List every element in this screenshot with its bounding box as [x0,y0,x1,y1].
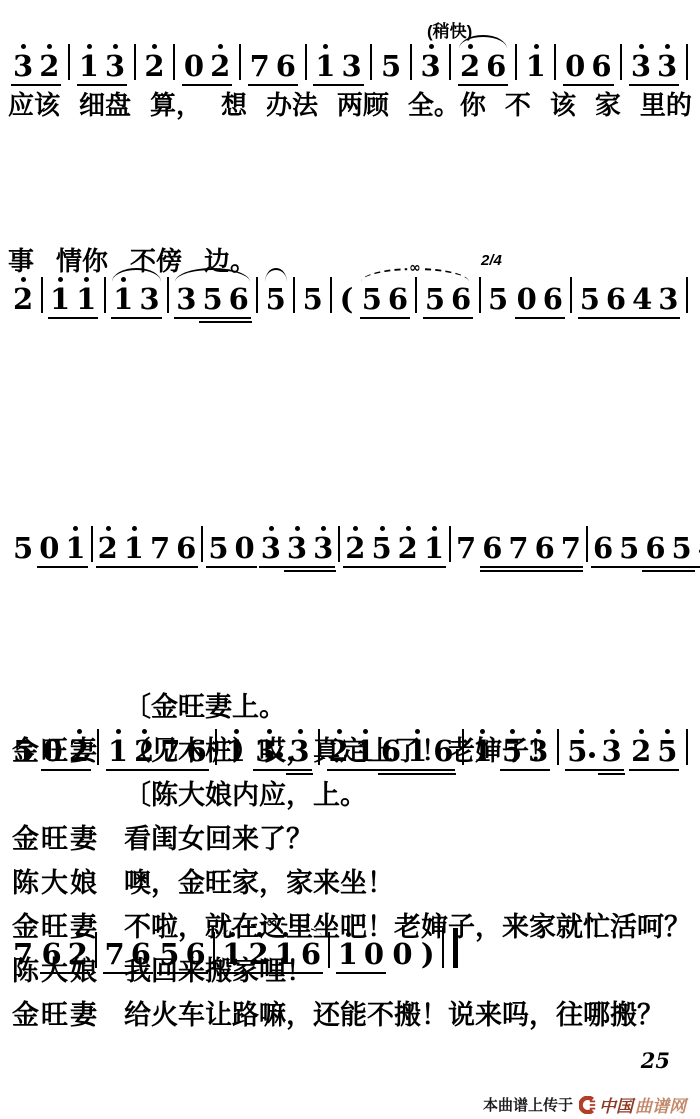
note: 5 [368,534,394,563]
note-group: 56 [422,285,474,314]
stage-direction-row: 〔陈大娘内应，上。 [0,778,700,813]
note-group: 2521 [342,534,447,563]
note: 5 [199,285,225,314]
dialogue-row: 金旺妻看闺女回来了？ [0,822,700,857]
note-group: 06 [514,285,566,314]
dialogue-row: 金旺妻给火车让路嘛，还能不搬！说来吗，往哪搬？ [0,998,700,1033]
note: 3 [417,52,443,81]
dialogue-text: 噢，金旺家，家来坐！ [112,866,394,901]
note: ( [337,285,357,314]
barline [515,44,517,80]
note: 3 [284,534,310,563]
dialogue-row: 金旺妻不啦，就在这里坐吧！老婶子，来家就忙活呵？ [0,910,700,945]
note-group: 356 [173,285,252,314]
note: 3 [10,52,36,81]
note: 5 [616,534,642,563]
barline [134,44,136,80]
barline [554,44,556,80]
barline [330,277,332,313]
note: 1 [121,534,147,563]
note: 1 [73,285,99,314]
site-name-rest: 曲谱网 [635,1092,686,1117]
note: 2 [10,285,36,314]
dialogue-text: 我回来搬家哩！ [112,954,313,989]
note: 1 [76,52,102,81]
note-group: 6767 [479,534,584,563]
barline [338,526,340,562]
note-group: 32 [10,52,62,81]
barline [293,277,295,313]
note: 2 [141,52,167,81]
page-number: 25 [641,1048,670,1073]
dialogue-row: 陈大娘噢，金旺家，家来坐！ [0,866,700,901]
barline [686,44,688,80]
lyric-syllable: 边。 [204,246,256,277]
note: 5 [422,285,448,314]
lyric-syllable: 该 [550,90,576,121]
note: 5 [577,285,603,314]
lyric-syllable: 两顾 [337,90,389,121]
note: 3 [654,52,680,81]
note: 4 [695,534,700,563]
note: 3 [258,534,284,563]
barline [91,526,93,562]
dialogue: 〔金旺妻上。金旺妻（见木桩）哎，真定上了！老婶子！〔陈大娘内应，上。金旺妻看闺女… [0,690,700,1042]
tempo-marking: (稍快) [427,17,472,42]
note-group: 76 [247,52,299,81]
note-group: 7 [453,534,479,563]
note: 7 [558,534,584,563]
note-group: 2/45 [485,285,511,314]
note: 6 [273,52,299,81]
note-group: 2 [141,52,167,81]
dialogue-text: （见木桩）哎，真定上了！老婶子！ [112,734,556,769]
note: 3 [310,534,336,563]
note: 0 [232,534,258,563]
barline [620,44,622,80]
note: 0 [36,534,62,563]
note-group: 13 [76,52,128,81]
quputwang-logo-icon [579,1096,597,1114]
speaker-label: 陈大娘 [0,866,112,901]
note-group: 01 [36,534,88,563]
lyric-syllable: 情你 [56,246,108,277]
note: 5 [485,285,511,314]
note-group: 33 [628,52,680,81]
note: 5 [300,285,326,314]
note: 6 [590,534,616,563]
lyric-syllable: 不傍 [130,246,182,277]
note: 7 [505,534,531,563]
note-group: 5 [10,534,36,563]
barline [370,44,372,80]
barline [41,277,43,313]
note-group: 06 [562,52,614,81]
note: 6 [226,285,252,314]
speaker-label: 陈大娘 [0,954,112,989]
speaker-label: 金旺妻 [0,734,112,769]
note: 3 [136,285,162,314]
note-group: 5 [378,52,404,81]
note-group: 5643 [577,285,682,314]
note: 6 [173,534,199,563]
note: 6 [483,52,509,81]
score-line-1: 3213202761353(稍快)2610633 [0,14,700,97]
note: 0 [514,285,540,314]
note-group: 11 [47,285,99,314]
note-group: 50 [205,534,257,563]
dialogue-row: 金旺妻（见木桩）哎，真定上了！老婶子！ [0,734,700,769]
note: 5 [10,534,36,563]
note-group: 2176 [95,534,200,563]
barline [479,277,481,313]
note-group: ∞56 [359,285,411,314]
lyric-syllable: 算， [150,90,202,121]
lyric-syllable: 应该 [8,90,60,121]
note: 6 [479,534,505,563]
speaker-label [0,778,112,813]
note-group: 5 [300,285,326,314]
barline [256,277,258,313]
note: 2 [207,52,233,81]
site-name-cn: 中国 [599,1092,633,1117]
note: 3 [338,52,364,81]
dialogue-text: 看闺女回来了？ [112,822,313,857]
lyric-syllable: 事 [8,246,34,277]
note: 6 [603,285,629,314]
speaker-label: 金旺妻 [0,910,112,945]
note-group: 13 [312,52,364,81]
lyric-syllable: 办法 [266,90,318,121]
stage-direction-row: 〔金旺妻上。 [0,690,700,725]
note-group: 2 [10,285,36,314]
note-group: (稍快)26 [457,52,509,81]
note: 2 [36,52,62,81]
site-brand: 中国 曲谱网 [579,1092,686,1117]
barline [570,277,572,313]
note-group: 13 [110,285,162,314]
note-group: 333 [258,534,337,563]
note: 7 [453,534,479,563]
lyric-syllable: 不 [505,90,531,121]
note: 5 [359,285,385,314]
note: 2 [395,534,421,563]
note: 2 [342,534,368,563]
barline [167,277,169,313]
note: 5 [263,285,289,314]
dialogue-row: 陈大娘我回来搬家哩！ [0,954,700,989]
note: 1 [110,285,136,314]
note: 1 [421,534,447,563]
lyrics-line-1: 应该细盘算，想办法两顾全。你不该家里的 [0,90,700,121]
note: 6 [448,285,474,314]
note: 3 [102,52,128,81]
note: 6 [540,285,566,314]
note: 5 [378,52,404,81]
note: 2 [457,52,483,81]
barline [201,526,203,562]
speaker-label: 金旺妻 [0,998,112,1033]
lyric-syllable: 里的 [640,90,692,121]
note: 3 [655,285,681,314]
barline [104,277,106,313]
barline [68,44,70,80]
note: 5 [669,534,695,563]
note: 1 [62,534,88,563]
speaker-label: 金旺妻 [0,822,112,857]
note: 1 [47,285,73,314]
note: 0 [181,52,207,81]
lyric-syllable: 细盘 [79,90,131,121]
barline [586,526,588,562]
watermark-prefix: 本曲谱上传于 [483,1094,573,1115]
watermark: 本曲谱上传于 中国 曲谱网 [483,1092,686,1117]
note: 3 [173,285,199,314]
note: 5 [205,534,231,563]
note: 3 [628,52,654,81]
note-group: 5 [263,285,289,314]
note-group: 1 [523,52,549,81]
note: 6 [385,285,411,314]
note: 7 [247,52,273,81]
barline [686,277,688,313]
lyric-syllable: 家 [595,90,621,121]
note: 2 [95,534,121,563]
barline [415,277,417,313]
note-group: 02 [181,52,233,81]
lyrics-line-2: 事情你不傍边。 [0,246,316,277]
note: 6 [642,534,668,563]
ornament-arc: ∞ [361,268,469,282]
barline [449,44,451,80]
note-group: 3 [417,52,443,81]
lyric-syllable: 全。你 [408,90,486,121]
note: 1 [312,52,338,81]
note: 6 [588,52,614,81]
note: 1 [523,52,549,81]
barline [173,44,175,80]
dialogue-text: 〔陈大娘内应，上。 [112,778,367,813]
barline [410,44,412,80]
infinity-ornament: ∞ [407,261,423,275]
dialogue-text: 〔金旺妻上。 [112,690,286,725]
dialogue-text: 给火车让路嘛，还能不搬！说来吗，往哪搬？ [112,998,664,1033]
note-group: 65654 [590,534,700,563]
note-group: ( [337,285,357,314]
note: 7 [147,534,173,563]
barline [239,44,241,80]
score-line-3: 50121765033325217676765654 [0,496,700,579]
note: 4 [629,285,655,314]
note: 0 [562,52,588,81]
note: 6 [532,534,558,563]
barline [449,526,451,562]
dialogue-text: 不啦，就在这里坐吧！老婶子，来家就忙活呵？ [112,910,691,945]
lyric-syllable: 想 [221,90,247,121]
speaker-label [0,690,112,725]
time-signature: 2/4 [481,252,502,269]
barline [305,44,307,80]
